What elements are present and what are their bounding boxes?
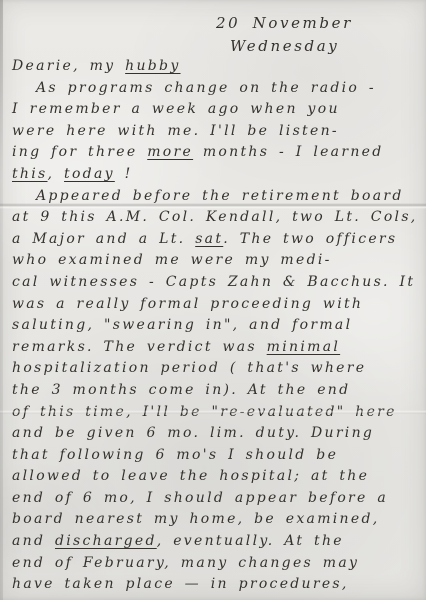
letter-line: and be given 6 mo. lim. duty. During [12, 423, 422, 445]
letter-line: end of February, many changes may [12, 553, 422, 575]
letter-line: As programs change on the radio - [12, 78, 422, 100]
text-segment: , [48, 166, 65, 182]
text-segment: board nearest my home, be examined, [12, 511, 379, 527]
letter-line: was a really formal proceeding with [12, 294, 422, 316]
text-segment: Appeared before the retirement board [36, 188, 404, 204]
underlined-word: hubby [125, 58, 180, 74]
date-line: 20 November [216, 12, 353, 35]
date-block: 20 November Wednesday [216, 12, 353, 58]
underlined-word: sat [195, 231, 223, 247]
text-segment: end of 6 mo, I should appear before a [12, 490, 388, 506]
text-segment: allowed to leave the hospital; at the [12, 468, 369, 484]
letter-line: remarks. The verdict was minimal [12, 337, 422, 359]
letter-page: 20 November Wednesday Dearie, my hubbyAs… [0, 0, 426, 600]
text-segment: As programs change on the radio - [36, 80, 376, 96]
text-segment: remarks. The verdict was [12, 339, 267, 355]
text-segment: were here with me. I'll be listen- [12, 123, 339, 139]
letter-line: cal witnesses - Capts Zahn & Bacchus. It [12, 272, 422, 294]
text-segment: ing for three [12, 144, 147, 160]
text-segment: , eventually. At the [157, 533, 344, 549]
scan-edge-shadow [0, 0, 3, 600]
letter-line: Appeared before the retirement board [12, 186, 422, 208]
letter-line: board nearest my home, be examined, [12, 509, 422, 531]
letter-lines: Dearie, my hubbyAs programs change on th… [12, 56, 422, 596]
text-segment: a Major and a Lt. [12, 231, 195, 247]
text-segment: . The two officers [223, 231, 397, 247]
letter-line: were here with me. I'll be listen- [12, 121, 422, 143]
letter-line: end of 6 mo, I should appear before a [12, 488, 422, 510]
text-segment: have taken place — in procedures, [12, 576, 349, 592]
letter-line: saluting, "swearing in", and formal [12, 315, 422, 337]
letter-line: ing for three more months - I learned [12, 142, 422, 164]
underlined-word: minimal [267, 339, 340, 355]
letter-line: I remember a week ago when you [12, 99, 422, 121]
letter-line: that following 6 mo's I should be [12, 445, 422, 467]
text-segment: and [12, 533, 55, 549]
letter-line: and discharged, eventually. At the [12, 531, 422, 553]
letter-line: of this time, I'll be "re-evaluated" her… [12, 402, 422, 424]
letter-line: a Major and a Lt. sat. The two officers [12, 229, 422, 251]
underlined-word: this [12, 166, 48, 182]
text-segment: cal witnesses - Capts Zahn & Bacchus. It [12, 274, 415, 290]
text-segment: of this time, I'll be "re-evaluated" her… [12, 404, 397, 420]
underlined-word: today [64, 166, 115, 182]
underlined-word: discharged [55, 533, 157, 549]
text-segment: at 9 this A.M. Col. Kendall, two Lt. Col… [12, 209, 418, 225]
text-segment: ! [115, 166, 133, 182]
letter-line: who examined me were my medi- [12, 250, 422, 272]
text-segment: saluting, "swearing in", and formal [12, 317, 352, 333]
letter-line: this, today ! [12, 164, 422, 186]
letter-line: allowed to leave the hospital; at the [12, 466, 422, 488]
text-segment: Dearie, my [12, 58, 125, 74]
salutation: Dearie, my hubby [12, 56, 422, 78]
text-segment: end of February, many changes may [12, 555, 359, 571]
text-segment: who examined me were my medi- [12, 252, 332, 268]
weekday-line: Wednesday [230, 35, 353, 58]
text-segment: and be given 6 mo. lim. duty. During [12, 425, 374, 441]
text-segment: hospitalization period ( that's where [12, 360, 366, 376]
letter-line: the 3 months come in). At the end [12, 380, 422, 402]
text-segment: the 3 months come in). At the end [12, 382, 350, 398]
letter-line: hospitalization period ( that's where [12, 358, 422, 380]
text-segment: months - I learned [193, 144, 383, 160]
text-segment: that following 6 mo's I should be [12, 447, 338, 463]
text-segment: was a really formal proceeding with [12, 296, 363, 312]
text-segment: I remember a week ago when you [12, 101, 340, 117]
letter-line: at 9 this A.M. Col. Kendall, two Lt. Col… [12, 207, 422, 229]
letter-line: have taken place — in procedures, [12, 574, 422, 596]
underlined-word: more [147, 144, 193, 160]
